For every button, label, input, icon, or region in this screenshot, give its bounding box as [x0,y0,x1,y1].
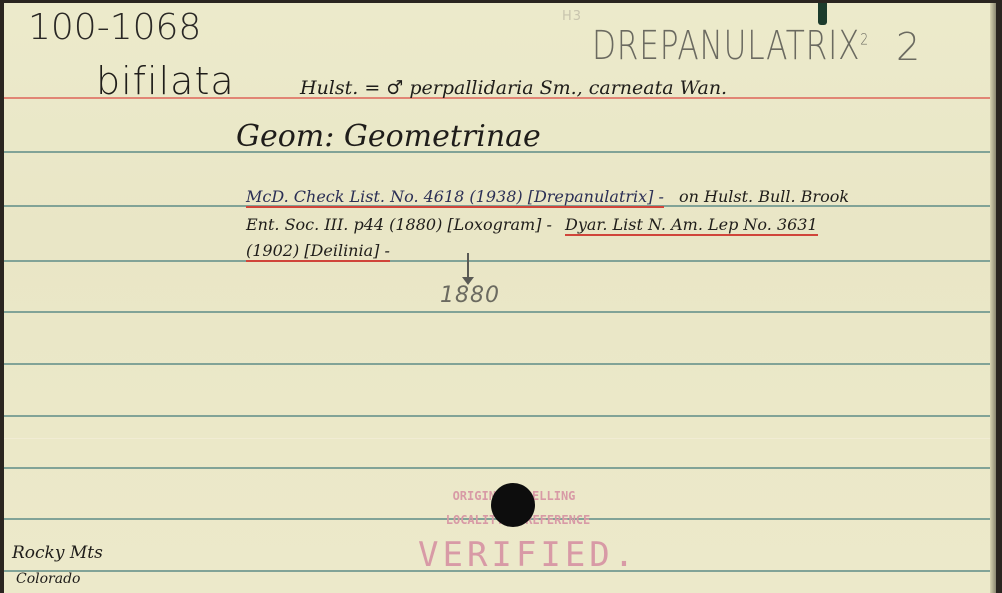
faint-pencil-mark: H3 [562,9,582,24]
reference-line-2: Ent. Soc. III. p44 (1880) [Loxogram] - D… [246,215,818,234]
card-edge [990,3,996,593]
ruling-line [4,311,996,313]
reference-line-3: (1902) [Deilinia] - [246,241,390,260]
author-synonyms: Hulst. = ♂ perpallidaria Sm., carneata W… [300,77,727,99]
hulst-ref: on Hulst. Bull. Brook [679,187,849,206]
verified-stamp: VERIFIED. [418,535,618,575]
deilinia-ref: (1902) [Deilinia] - [246,241,390,262]
ruling-line [4,260,996,262]
ruling-line [4,415,996,417]
catalog-number: 100-1068 [28,7,201,48]
ruling-line [4,467,996,469]
genus-name: DREPANULATRIX [592,23,860,69]
locality-line-1: Rocky Mts [12,543,103,563]
entsoc-ref: Ent. Soc. III. p44 (1880) [Loxogram] - [246,215,552,234]
locality-line-2: Colorado [16,571,80,587]
genus-superscript: 2 [860,30,869,49]
classification: Geom: Geometrinae [236,119,541,154]
species-name: bifilata [96,59,235,103]
genus-header: DREPANULATRIX2 [592,23,869,69]
punch-hole [491,483,535,527]
genus-number: 2 [896,25,921,69]
mcd-checklist-ref: McD. Check List. No. 4618 (1938) [Drepan… [246,187,664,208]
ruling-line [4,363,996,365]
reference-line-1: McD. Check List. No. 4618 (1938) [Drepan… [246,187,849,206]
pencil-year: 1880 [440,283,500,308]
faint-line [4,438,996,439]
tab-marker [818,3,827,25]
dyar-list-ref: Dyar. List N. Am. Lep No. 3631 [565,215,818,236]
pencil-arrow-icon [467,253,469,281]
catalog-card: 100-1068 H3 DREPANULATRIX2 2 bifilata Hu… [4,3,996,593]
